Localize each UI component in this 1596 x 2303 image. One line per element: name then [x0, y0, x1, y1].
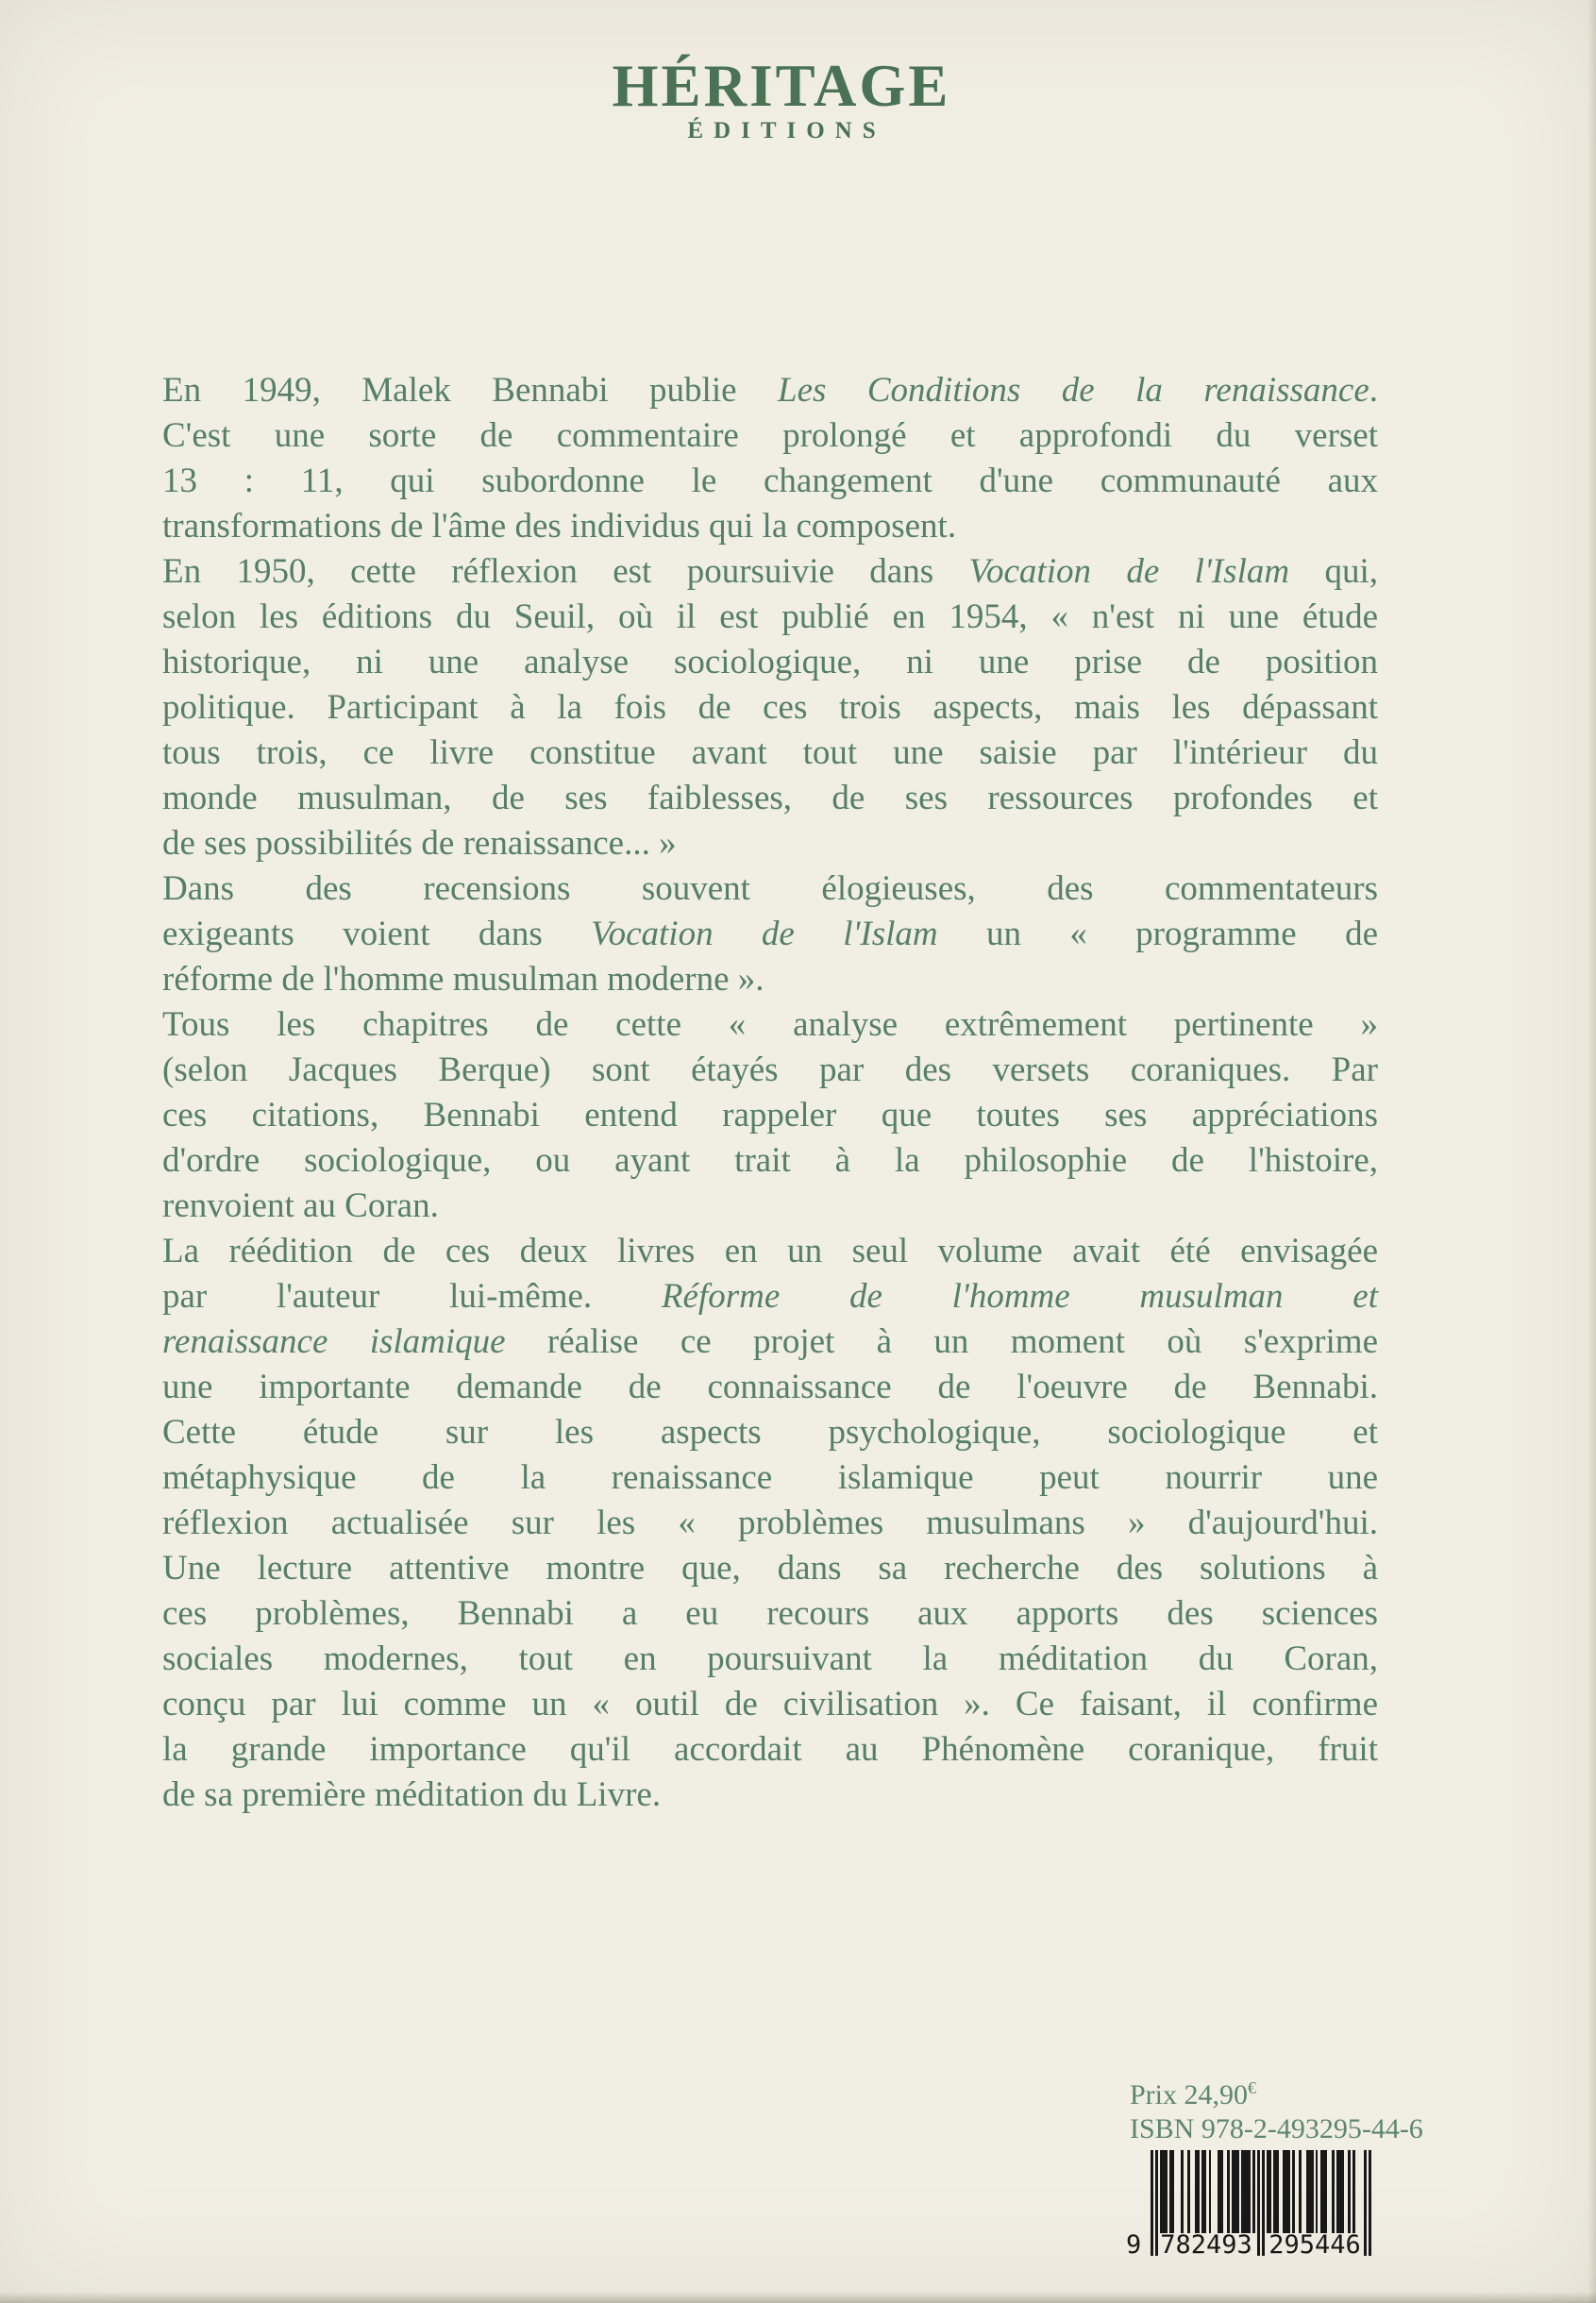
text-line: selon les éditions du Seuil, où il est p…: [162, 595, 1378, 640]
publisher-subtitle: ÉDITIONS: [0, 118, 1563, 144]
text-line: de sa première méditation du Livre.: [162, 1773, 1378, 1818]
text-line: ces problèmes, Bennabi a eu recours aux …: [162, 1591, 1378, 1637]
text-line: La réédition de ces deux livres en un se…: [162, 1229, 1378, 1274]
text-line: Dans des recensions souvent élogieuses, …: [162, 866, 1378, 912]
text-line: réforme de l'homme musulman moderne ».: [162, 957, 1378, 1002]
text-line: réflexion actualisée sur les « problèmes…: [162, 1501, 1378, 1546]
barcode-digit-group: 295446: [1266, 2231, 1364, 2260]
text-line: exigeants voient dans Vocation de l'Isla…: [162, 912, 1378, 957]
price: Prix 24,90€: [1130, 2071, 1441, 2112]
price-isbn-block: Prix 24,90€ ISBN 978-2-493295-44-6 97824…: [1130, 2071, 1441, 2256]
paragraph: Dans des recensions souvent élogieuses, …: [162, 866, 1378, 1002]
text-line: d'ordre sociologique, ou ayant trait à l…: [162, 1138, 1378, 1184]
text-line: la grande importance qu'il accordait au …: [162, 1727, 1378, 1773]
text-line: métaphysique de la renaissance islamique…: [162, 1455, 1378, 1501]
text-line: Cette étude sur les aspects psychologiqu…: [162, 1410, 1378, 1455]
scan-edge-shadow-right: [1588, 0, 1596, 2303]
text-line: En 1950, cette réflexion est poursuivie …: [162, 549, 1378, 595]
publisher-logo: HÉRITAGE ÉDITIONS: [0, 55, 1563, 144]
barcode-digit-group: 9: [1126, 2231, 1141, 2260]
text-line: (selon Jacques Berque) sont étayés par d…: [162, 1048, 1378, 1093]
barcode-digit-group: 782493: [1157, 2231, 1255, 2260]
paragraph: En 1949, Malek Bennabi publie Les Condit…: [162, 368, 1378, 549]
paragraph: Tous les chapitres de cette « analyse ex…: [162, 1002, 1378, 1229]
text-line: sociales modernes, tout en poursuivant l…: [162, 1637, 1378, 1682]
price-label: Prix 24,90: [1130, 2079, 1248, 2110]
text-line: renvoient au Coran.: [162, 1184, 1378, 1229]
text-line: de ses possibilités de renaissance... »: [162, 821, 1378, 866]
text-line: renaissance islamique réalise ce projet …: [162, 1320, 1378, 1365]
text-line: Une lecture attentive montre que, dans s…: [162, 1546, 1378, 1591]
text-line: En 1949, Malek Bennabi publie Les Condit…: [162, 368, 1378, 413]
text-line: politique. Participant à la fois de ces …: [162, 685, 1378, 731]
publisher-name: HÉRITAGE: [0, 55, 1563, 117]
body-text: En 1949, Malek Bennabi publie Les Condit…: [162, 368, 1378, 1818]
euro-symbol: €: [1248, 2078, 1256, 2097]
paragraph: La réédition de ces deux livres en un se…: [162, 1229, 1378, 1818]
text-line: tous trois, ce livre constitue avant tou…: [162, 731, 1378, 776]
scan-edge-shadow-bottom: [0, 2292, 1596, 2303]
book-back-cover: HÉRITAGE ÉDITIONS En 1949, Malek Bennabi…: [0, 0, 1596, 2303]
barcode: 9782493295446: [1151, 2150, 1371, 2256]
paragraph: En 1950, cette réflexion est poursuivie …: [162, 549, 1378, 866]
isbn: ISBN 978-2-493295-44-6: [1130, 2112, 1441, 2146]
text-line: C'est une sorte de commentaire prolongé …: [162, 413, 1378, 459]
text-line: une importante demande de connaissance d…: [162, 1365, 1378, 1410]
text-line: ces citations, Bennabi entend rappeler q…: [162, 1093, 1378, 1138]
text-line: Tous les chapitres de cette « analyse ex…: [162, 1002, 1378, 1048]
text-line: par l'auteur lui-même. Réforme de l'homm…: [162, 1274, 1378, 1320]
text-line: conçu par lui comme un « outil de civili…: [162, 1682, 1378, 1727]
text-line: historique, ni une analyse sociologique,…: [162, 640, 1378, 685]
text-line: monde musulman, de ses faiblesses, de se…: [162, 776, 1378, 821]
text-line: transformations de l'âme des individus q…: [162, 504, 1378, 549]
barcode-digits: 9782493295446: [1151, 2231, 1371, 2260]
text-line: 13 : 11, qui subordonne le changement d'…: [162, 459, 1378, 504]
